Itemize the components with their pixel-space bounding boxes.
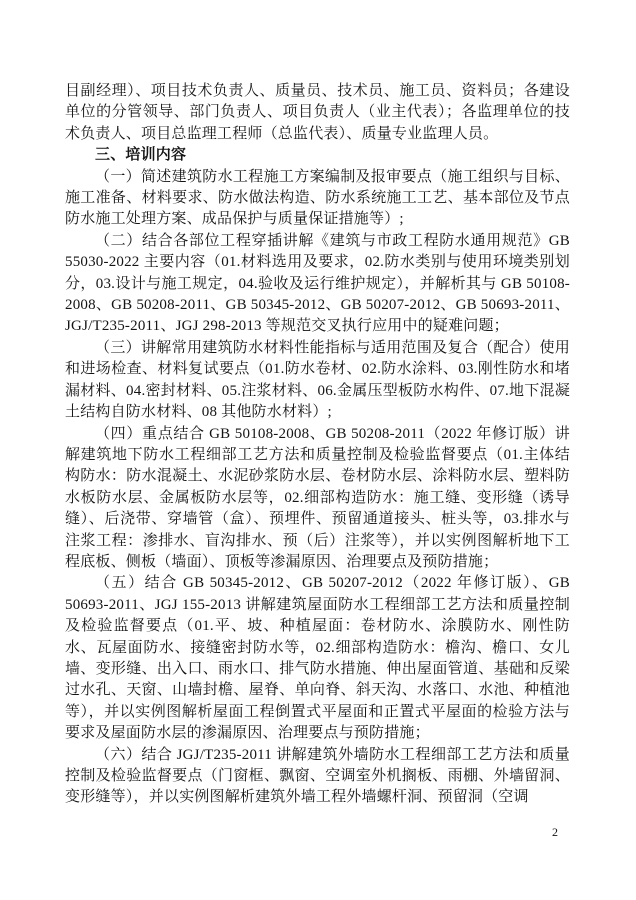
page-number: 2 bbox=[552, 825, 558, 840]
paragraph: （二）结合各部位工程穿插讲解《建筑与市政工程防水通用规范》GB 55030-20… bbox=[65, 231, 570, 338]
paragraph: （六）结合 JGJ/T235-2011 讲解建筑外墙防水工程细部工艺方法和质量控… bbox=[65, 745, 570, 809]
document-body: 目副经理）、项目技术负责人、质量员、技术员、施工员、资料员；各建设单位的分管领导… bbox=[65, 81, 570, 809]
paragraph: （四）重点结合 GB 50108-2008、GB 50208-2011（2022… bbox=[65, 424, 570, 574]
paragraph: （一）简述建筑防水工程施工方案编制及报审要点（施工组织与目标、施工准备、材料要求… bbox=[65, 167, 570, 231]
section-heading: 三、培训内容 bbox=[65, 145, 570, 166]
document-page: 目副经理）、项目技术负责人、质量员、技术员、施工员、资料员；各建设单位的分管领导… bbox=[0, 0, 636, 900]
paragraph: 目副经理）、项目技术负责人、质量员、技术员、施工员、资料员；各建设单位的分管领导… bbox=[65, 81, 570, 145]
paragraph: （三）讲解常用建筑防水材料性能指标与适用范围及复合（配合）使用和进场检查、材料复… bbox=[65, 338, 570, 424]
paragraph: （五）结合 GB 50345-2012、GB 50207-2012（2022 年… bbox=[65, 573, 570, 744]
